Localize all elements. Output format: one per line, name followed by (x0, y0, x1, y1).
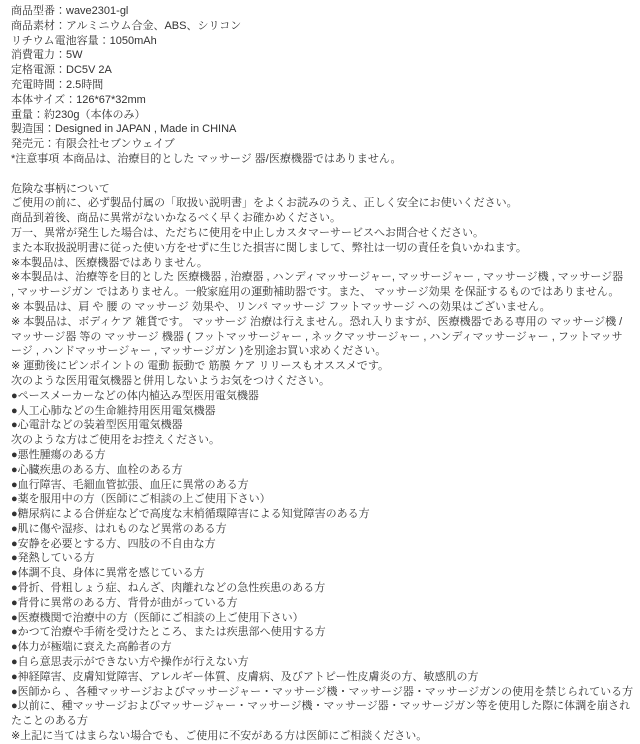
text-line: 製造国：Designed in JAPAN , Made in CHINA (11, 122, 636, 137)
text-line: ●心臓疾患のある方、血栓のある方 (11, 463, 636, 478)
text-line: ●以前に、種マッサージおよびマッサージャー・マッサージ機・マッサージ器・マッサー… (11, 699, 636, 714)
product-description-document: 商品型番：wave2301-gl商品素材：アルミニウム合金、ABS、シリコンリチ… (0, 0, 640, 744)
text-line: ※本製品は、医療機器ではありません。 (11, 256, 636, 271)
page: { "page": { "background": "#ffffff", "te… (0, 0, 640, 744)
text-line: 商品到着後、商品に異常がないかなるべく早くお確かめください。 (11, 211, 636, 226)
text-line: ●体調不良、身体に異常を感じている方 (11, 566, 636, 581)
text-line: ※ 運動後にピンポイントの 電動 振動で 筋膜 ケア リリースもオススメです。 (11, 359, 636, 374)
text-line: ※本製品は、治療等を目的とした 医療機器 , 治療器 , ハンディマッサージャー… (11, 270, 636, 285)
text-line: ●医師から 、各種マッサージおよびマッサージャー・マッサージ機・マッサージ器・マ… (11, 685, 636, 700)
text-line: ●肌に傷や湿疹、はれものなど異常のある方 (11, 522, 636, 537)
text-line: 商品素材：アルミニウム合金、ABS、シリコン (11, 19, 636, 34)
text-line: *注意事項 本商品は、治療目的とした マッサージ 器/医療機器ではありません。 (11, 152, 636, 167)
text-line: ※上記に当てはまらない場合でも、ご使用に不安がある方は医師にご相談ください。 (11, 729, 636, 744)
text-line: 充電時間：2.5時間 (11, 78, 636, 93)
text-line: また本取扱説明書に従った使い方をせずに生じた損害に関しまして、弊社は一切の責任を… (11, 241, 636, 256)
text-line: リチウム電池容量：1050mAh (11, 34, 636, 49)
text-line: ●発熱している方 (11, 551, 636, 566)
text-line: , マッサージガン ではありません。一般家庭用の運動補助器です。また、 マッサー… (11, 285, 636, 300)
safety-section-heading: 危険な事柄について (11, 182, 636, 197)
text-line: ●人工心肺などの生命維持用医用電気機器 (11, 404, 636, 419)
text-line: ●神経障害、皮膚知覚障害、アレルギー体質、皮膚病、及びアトピー性皮膚炎の方、敏感… (11, 670, 636, 685)
text-line: 万一、異常が発生した場合は、ただちに使用を中止しカスタマーサービスへお問合せくだ… (11, 226, 636, 241)
text-line: ※ 本製品は、ボディケア 雑貨です。 マッサージ 治療は行えません。恐れ入ります… (11, 315, 636, 330)
text-line: ●心電計などの装着型医用電気機器 (11, 418, 636, 433)
text-line: 定格電源：DC5V 2A (11, 63, 636, 78)
text-line: ●自ら意思表示ができない方や操作が行えない方 (11, 655, 636, 670)
safety-warning-list: ご使用の前に、必ず製品付属の「取扱い説明書」をよくお読みのうえ、正しく安全にお使… (11, 196, 636, 743)
product-spec-list: 商品型番：wave2301-gl商品素材：アルミニウム合金、ABS、シリコンリチ… (11, 4, 636, 167)
text-line: ご使用の前に、必ず製品付属の「取扱い説明書」をよくお読みのうえ、正しく安全にお使… (11, 196, 636, 211)
text-line: ●血行障害、毛細血管拡張、血圧に異常のある方 (11, 478, 636, 493)
text-line: 消費電力：5W (11, 48, 636, 63)
text-line: ●かつて治療や手術を受けたところ、または疾患部へ使用する方 (11, 625, 636, 640)
text-line: ●糖尿病による合併症などで高度な末梢循環障害による知覚障害のある方 (11, 507, 636, 522)
text-line: ●骨折、骨粗しょう症、ねんざ、肉離れなどの急性疾患のある方 (11, 581, 636, 596)
text-line: 重量：約230g（本体のみ） (11, 108, 636, 123)
text-line: ※ 本製品は、肩 や 腰 の マッサージ 効果や、リンパ マッサージ フットマッ… (11, 300, 636, 315)
text-line: 次のような医用電気機器と併用しないようお気をつけください。 (11, 374, 636, 389)
text-line: 発売元：有限会社セブンウェイブ (11, 137, 636, 152)
text-line: マッサージ器 等の マッサージ 機器 ( フットマッサージャー , ネックマッサ… (11, 330, 636, 345)
text-line: ●背骨に異常のある方、背骨が曲がっている方 (11, 596, 636, 611)
text-line: 次のような方はご使用をお控えください。 (11, 433, 636, 448)
text-line: 商品型番：wave2301-gl (11, 4, 636, 19)
text-line: ●悪性腫瘍のある方 (11, 448, 636, 463)
text-line: ージ , ハンドマッサージャー , マッサージガン )を別途お買い求めください。 (11, 344, 636, 359)
text-line: 本体サイズ：126*67*32mm (11, 93, 636, 108)
blank-line (11, 167, 636, 182)
text-line: ●安静を必要とする方、四肢の不自由な方 (11, 537, 636, 552)
text-line: ●体力が極端に衰えた高齢者の方 (11, 640, 636, 655)
text-line: ●医療機関で治療中の方（医師にご相談の上ご使用下さい） (11, 611, 636, 626)
text-line: ●薬を服用中の方（医師にご相談の上ご使用下さい） (11, 492, 636, 507)
text-line: ●ペースメーカーなどの体内植込み型医用電気機器 (11, 389, 636, 404)
text-line: たことのある方 (11, 714, 636, 729)
